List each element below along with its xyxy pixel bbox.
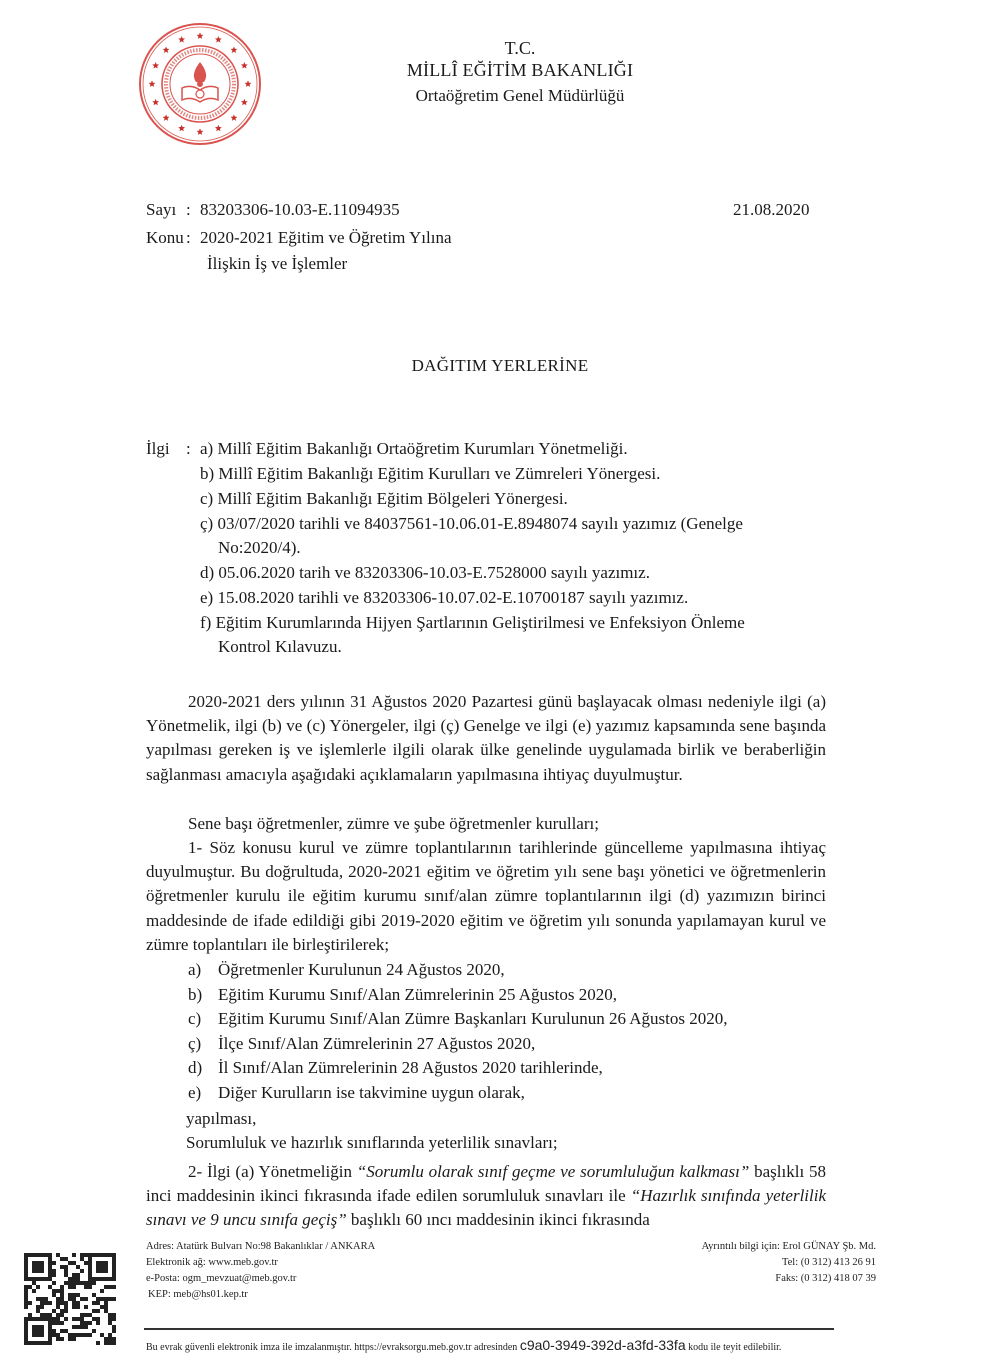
schedule-item-letter: c) — [188, 1007, 218, 1032]
footer-email: e-Posta: ogm_mevzuat@meb.gov.tr — [146, 1272, 296, 1286]
schedule-item: c)Eğitim Kurumu Sınıf/Alan Zümre Başkanl… — [188, 1007, 728, 1032]
schedule-item: d)İl Sınıf/Alan Zümrelerinin 28 Ağustos … — [188, 1056, 728, 1081]
konu-line-2: İlişkin İş ve İşlemler — [207, 252, 347, 276]
schedule-item: b)Eğitim Kurumu Sınıf/Alan Zümrelerinin … — [188, 983, 728, 1008]
sayi-value: 83203306-10.03-E.11094935 — [200, 198, 400, 222]
item-2-paragraph: 2- İlgi (a) Yönetmeliğin “Sorumlu olarak… — [146, 1160, 826, 1233]
ilgi-colon: : — [186, 437, 191, 461]
ilgi-item-text: ç) 03/07/2020 tarihli ve 84037561-10.06.… — [200, 514, 743, 533]
footer-web: Elektronik ağ: www.meb.gov.tr — [146, 1256, 278, 1270]
schedule-item-letter: b) — [188, 983, 218, 1008]
schedule-item-text: Diğer Kurulların ise takvimine uygun ola… — [218, 1083, 525, 1102]
item-2-part-1: 2- İlgi (a) Yönetmeliğin — [188, 1162, 357, 1181]
ministry-seal-icon — [136, 20, 264, 148]
ilgi-item-text: f) Eğitim Kurumlarında Hijyen Şartlarını… — [200, 613, 745, 632]
konu-label: Konu — [146, 226, 184, 250]
footer-address: Adres: Atatürk Bulvarı No:98 Bakanlıklar… — [146, 1240, 375, 1254]
footer-contact: Ayrıntılı bilgi için: Erol GÜNAY Şb. Md. — [702, 1240, 876, 1254]
section-2-heading: Sorumluluk ve hazırlık sınıflarında yete… — [186, 1131, 558, 1155]
schedule-item-text: Eğitim Kurumu Sınıf/Alan Zümre Başkanlar… — [218, 1009, 728, 1028]
ilgi-item: ç) 03/07/2020 tarihli ve 84037561-10.06.… — [200, 512, 840, 560]
signature-prefix: Bu evrak güvenli elektronik imza ile imz… — [146, 1342, 520, 1353]
ilgi-item: e) 15.08.2020 tarihli ve 83203306-10.07.… — [200, 586, 840, 610]
sayi-colon: : — [186, 198, 191, 222]
distribution-title: DAĞITIM YERLERİNE — [0, 356, 1000, 376]
konu-colon: : — [186, 226, 191, 250]
ilgi-label: İlgi — [146, 437, 170, 461]
ilgi-item: a) Millî Eğitim Bakanlığı Ortaöğretim Ku… — [200, 437, 840, 461]
ilgi-item: f) Eğitim Kurumlarında Hijyen Şartlarını… — [200, 611, 840, 659]
footer-fax: Faks: (0 312) 418 07 39 — [775, 1272, 876, 1286]
schedule-item-letter: a) — [188, 958, 218, 983]
ilgi-item-text: b) Millî Eğitim Bakanlığı Eğitim Kurulla… — [200, 464, 660, 483]
ilgi-item: d) 05.06.2020 tarih ve 83203306-10.03-E.… — [200, 561, 840, 585]
ilgi-item-text: a) Millî Eğitim Bakanlığı Ortaöğretim Ku… — [200, 439, 628, 458]
item-2-part-3: başlıklı 60 ıncı maddesinin ikinci fıkra… — [347, 1210, 650, 1229]
signature-verification: Bu evrak güvenli elektronik imza ile imz… — [146, 1337, 781, 1353]
schedule-item-letter: e) — [188, 1081, 218, 1106]
schedule-item: e)Diğer Kurulların ise takvimine uygun o… — [188, 1081, 728, 1106]
ilgi-list: a) Millî Eğitim Bakanlığı Ortaöğretim Ku… — [200, 437, 840, 660]
schedule-item-letter: ç) — [188, 1032, 218, 1057]
ilgi-item-text: c) Millî Eğitim Bakanlığı Eğitim Bölgele… — [200, 489, 568, 508]
intro-text: 2020-2021 ders yılının 31 Ağustos 2020 P… — [146, 690, 826, 787]
ilgi-item: b) Millî Eğitim Bakanlığı Eğitim Kurulla… — [200, 462, 840, 486]
schedule-item-text: İl Sınıf/Alan Zümrelerinin 28 Ağustos 20… — [218, 1058, 603, 1077]
schedule-item-text: Öğretmenler Kurulunun 24 Ağustos 2020, — [218, 960, 505, 979]
qr-code-icon — [24, 1253, 116, 1345]
ilgi-item-text: e) 15.08.2020 tarihli ve 83203306-10.07.… — [200, 588, 688, 607]
schedule-item: a)Öğretmenler Kurulunun 24 Ağustos 2020, — [188, 958, 728, 983]
ilgi-item-text: d) 05.06.2020 tarih ve 83203306-10.03-E.… — [200, 563, 650, 582]
footer-kep: KEP: meb@hs01.kep.tr — [148, 1288, 248, 1302]
header-tc: T.C. — [330, 38, 710, 59]
signature-code: c9a0-3949-392d-a3fd-33fa — [520, 1337, 686, 1353]
footer-tel: Tel: (0 312) 413 26 91 — [782, 1256, 876, 1270]
footer-divider — [144, 1328, 834, 1330]
item-1-text: 1- Söz konusu kurul ve zümre toplantılar… — [146, 836, 826, 957]
header-directorate: Ortaöğretim Genel Müdürlüğü — [330, 86, 710, 106]
intro-paragraph: 2020-2021 ders yılının 31 Ağustos 2020 P… — [146, 690, 826, 787]
schedule-item-text: İlçe Sınıf/Alan Zümrelerinin 27 Ağustos … — [218, 1034, 535, 1053]
section-1-heading: Sene başı öğretmenler, zümre ve şube öğr… — [188, 812, 599, 836]
item-2-quote-1: “Sorumlu olarak sınıf geçme ve sorumlulu… — [357, 1162, 750, 1181]
header-ministry: MİLLÎ EĞİTİM BAKANLIĞI — [330, 60, 710, 81]
konu-line-1: 2020-2021 Eğitim ve Öğretim Yılına — [200, 226, 452, 250]
ilgi-item-continuation: Kontrol Kılavuzu. — [200, 635, 840, 659]
yapilmasi-text: yapılması, — [186, 1107, 256, 1131]
schedule-item-letter: d) — [188, 1056, 218, 1081]
schedule-item: ç)İlçe Sınıf/Alan Zümrelerinin 27 Ağusto… — [188, 1032, 728, 1057]
schedule-item-text: Eğitim Kurumu Sınıf/Alan Zümrelerinin 25… — [218, 985, 617, 1004]
document-date: 21.08.2020 — [733, 198, 810, 222]
item-1-paragraph: 1- Söz konusu kurul ve zümre toplantılar… — [146, 836, 826, 957]
sayi-label: Sayı — [146, 198, 176, 222]
ilgi-item-continuation: No:2020/4). — [200, 536, 840, 560]
signature-suffix: kodu ile teyit edilebilir. — [686, 1342, 782, 1353]
schedule-list: a)Öğretmenler Kurulunun 24 Ağustos 2020,… — [188, 958, 728, 1106]
ilgi-item: c) Millî Eğitim Bakanlığı Eğitim Bölgele… — [200, 487, 840, 511]
